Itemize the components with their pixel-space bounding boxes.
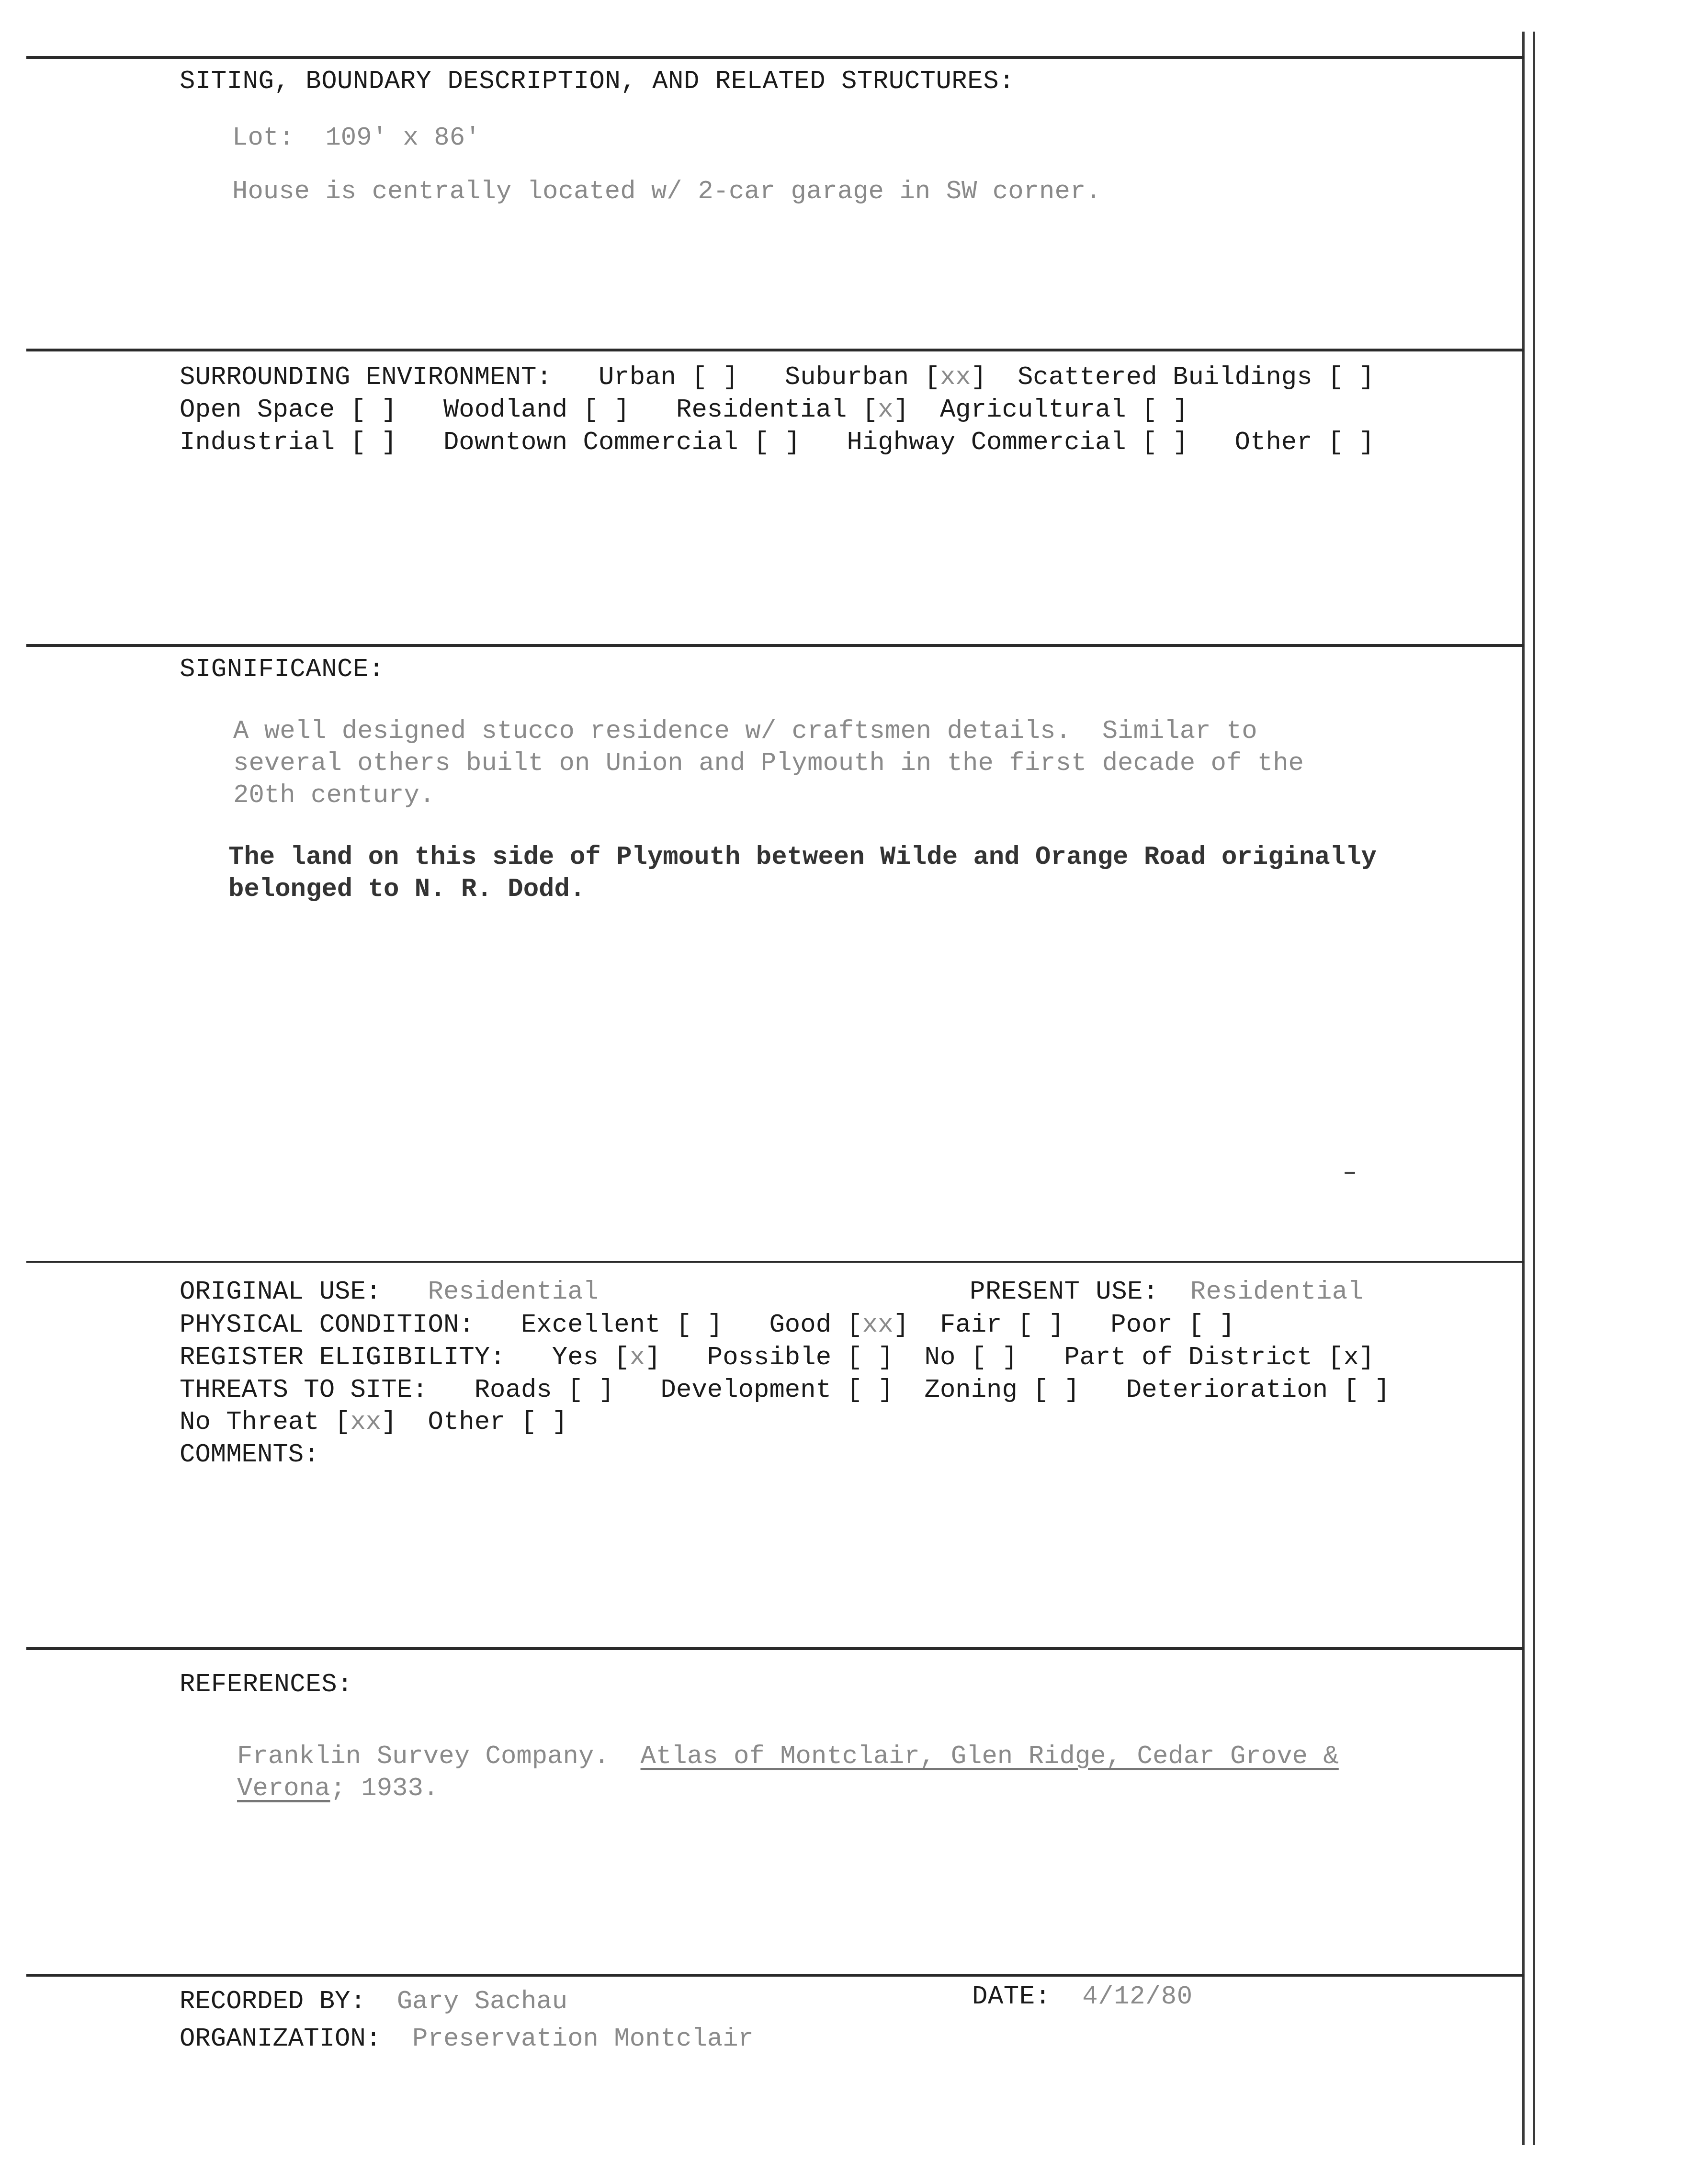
physical-condition-heading: PHYSICAL CONDITION: [180,1311,475,1340]
reference-line-2: Verona; 1933. [237,1774,439,1803]
present-use-row: PRESENT USE: Residential [970,1278,1364,1307]
comments-row: COMMENTS: [180,1440,335,1470]
reference-line-1: Franklin Survey Company. Atlas of Montcl… [237,1742,1339,1771]
significance-para1-line3: 20th century. [233,781,435,810]
physical-condition-row: PHYSICAL CONDITION: Excellent [ ] Good [… [180,1311,1235,1340]
significance-para2-line2: belonged to N. R. Dodd. [228,875,585,904]
environment-row-3: Industrial [ ] Downtown Commercial [ ] H… [180,428,1374,457]
significance-para1-line1: A well designed stucco residence w/ craf… [233,717,1257,746]
option-suburban[interactable]: Suburban [xx] [785,363,986,392]
option-downtown-commercial[interactable]: Downtown Commercial [ ] [443,428,800,457]
present-use-value: Residential [1190,1278,1364,1307]
lot-value: 109' x 86' [325,124,480,153]
option-urban[interactable]: Urban [ ] [599,363,738,392]
reference-title-cont: Verona [237,1774,330,1803]
recorded-by-value: Gary Sachau [397,1987,567,2016]
reference-title: Atlas of Montclair, Glen Ridge, Cedar Gr… [641,1742,1339,1771]
threats-row-2: No Threat [xx] Other [ ] [180,1408,567,1437]
option-possible[interactable]: Possible [ ] [707,1343,894,1372]
section-divider [26,1974,1524,1977]
option-scattered-buildings[interactable]: Scattered Buildings [ ] [1018,363,1374,392]
original-use-value: Residential [428,1278,599,1307]
significance-para2-line1: The land on this side of Plymouth betwee… [228,843,1377,872]
siting-heading: SITING, BOUNDARY DESCRIPTION, AND RELATE… [180,67,1015,96]
section-divider [26,56,1524,59]
comments-heading: COMMENTS: [180,1440,319,1470]
option-excellent[interactable]: Excellent [ ] [521,1311,723,1340]
option-agricultural[interactable]: Agricultural [ ] [940,396,1188,425]
option-poor[interactable]: Poor [ ] [1110,1311,1234,1340]
section-divider [26,349,1524,351]
option-industrial[interactable]: Industrial [ ] [180,428,397,457]
date-label: DATE: [972,1982,1051,2012]
date-value: 4/12/80 [1082,1982,1192,2012]
option-highway-commercial[interactable]: Highway Commercial [ ] [847,428,1188,457]
environment-row-2: Open Space [ ] Woodland [ ] Residential … [180,396,1188,425]
lot-row: Lot: 109' x 86' [232,124,481,153]
option-yes[interactable]: Yes [x] [552,1343,661,1372]
section-divider [26,1261,1524,1263]
recorded-by-label: RECORDED BY: [180,1987,366,2016]
option-residential[interactable]: Residential [x] [676,396,909,425]
register-eligibility-heading: REGISTER ELIGIBILITY: [180,1343,506,1372]
siting-description: House is centrally located w/ 2-car gara… [232,177,1101,206]
section-divider [26,1647,1524,1650]
date-row: DATE: 4/12/80 [972,1982,1193,2012]
significance-para1-line2: several others built on Union and Plymou… [233,749,1304,778]
reference-year: ; 1933. [330,1774,439,1803]
original-use-label: ORIGINAL USE: [180,1278,381,1307]
organization-row: ORGANIZATION: Preservation Montclair [180,2025,754,2054]
environment-row-1: SURROUNDING ENVIRONMENT: Urban [ ] Subur… [180,363,1374,392]
option-deterioration[interactable]: Deterioration [ ] [1126,1376,1390,1405]
option-no[interactable]: No [ ] [924,1343,1017,1372]
option-woodland[interactable]: Woodland [ ] [443,396,630,425]
option-no-threat[interactable]: No Threat [xx] [180,1408,397,1437]
scan-speck [1345,1172,1355,1174]
option-zoning[interactable]: Zoning [ ] [924,1376,1079,1405]
organization-label: ORGANIZATION: [180,2025,381,2054]
original-use-row: ORIGINAL USE: Residential [180,1278,599,1307]
register-eligibility-row: REGISTER ELIGIBILITY: Yes [x] Possible [… [180,1343,1374,1372]
option-fair[interactable]: Fair [ ] [940,1311,1064,1340]
threats-row-1: THREATS TO SITE: Roads [ ] Development [… [180,1376,1390,1405]
section-divider [26,644,1524,647]
recorded-by-row: RECORDED BY: Gary Sachau [180,1987,567,2016]
references-heading: REFERENCES: [180,1670,353,1699]
option-development[interactable]: Development [ ] [661,1376,894,1405]
option-threat-other[interactable]: Other [ ] [428,1408,568,1437]
lot-label: Lot: [232,124,294,153]
present-use-label: PRESENT USE: [970,1278,1159,1307]
option-good[interactable]: Good [xx] [769,1311,909,1340]
option-other[interactable]: Other [ ] [1235,428,1375,457]
option-roads[interactable]: Roads [ ] [475,1376,614,1405]
right-border-outer [1533,32,1535,2145]
option-open-space[interactable]: Open Space [ ] [180,396,397,425]
significance-heading: SIGNIFICANCE: [180,655,385,684]
organization-value: Preservation Montclair [412,2025,754,2054]
threats-heading: THREATS TO SITE: [180,1376,428,1405]
environment-heading: SURROUNDING ENVIRONMENT: [180,363,552,392]
option-part-of-district[interactable]: Part of District [x] [1064,1343,1374,1372]
reference-author: Franklin Survey Company. [237,1742,610,1771]
